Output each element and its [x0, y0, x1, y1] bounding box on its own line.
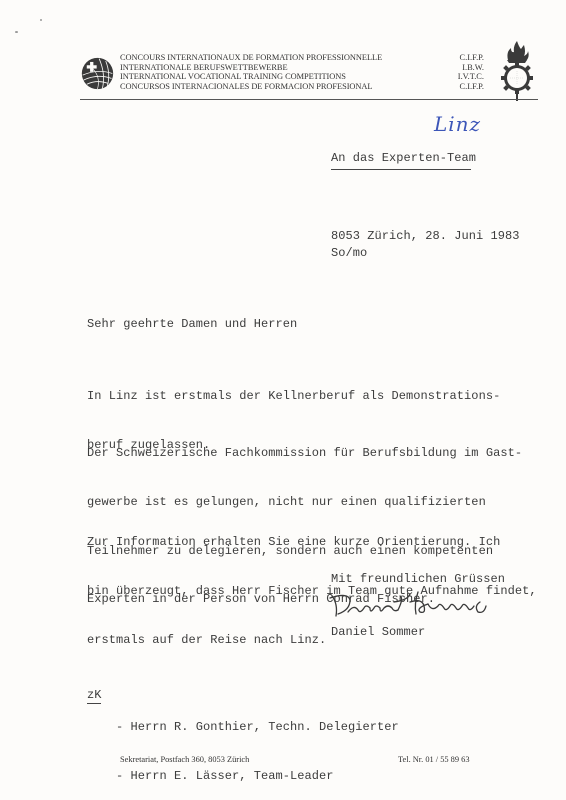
abbr-fr: C.I.F.P. — [418, 53, 484, 63]
flame-gear-emblem-icon — [496, 40, 538, 102]
organization-abbreviations: C.I.F.P. I.B.W. I.V.T.C. C.I.F.P. — [418, 53, 484, 91]
paragraph-line: Zur Information erhalten Sie eine kurze … — [87, 534, 537, 550]
reference-initials: So/mo — [331, 245, 367, 261]
paragraph-line: erstmals auf der Reise nach Linz. — [87, 632, 537, 648]
org-name-de: INTERNATIONALE BERUFSWETTBEWERBE — [120, 63, 420, 73]
org-name-es: CONCURSOS INTERNACIONALES DE FORMACION P… — [120, 82, 420, 92]
abbr-en: I.V.T.C. — [418, 72, 484, 82]
footer-phone: Tel. Nr. 01 / 55 89 63 — [398, 755, 470, 764]
paragraph-line: Der Schweizerische Fachkommission für Be… — [87, 445, 522, 461]
handwritten-note: Linz — [434, 112, 481, 136]
globe-with-swiss-cross-icon — [81, 57, 114, 90]
closing: Mit freundlichen Grüssen — [331, 571, 505, 587]
copies-label-underline — [87, 703, 101, 704]
signer-name: Daniel Sommer — [331, 624, 425, 640]
copies-label: zK — [87, 687, 102, 703]
org-name-en: INTERNATIONAL VOCATIONAL TRAINING COMPET… — [120, 72, 420, 82]
letterhead-divider — [80, 99, 538, 100]
copy-recipient: - Herrn E. Lässer, Team-Leader — [116, 768, 399, 784]
copy-recipient: - Herrn R. Gonthier, Techn. Delegierter — [116, 719, 399, 735]
paper-speck — [40, 19, 42, 21]
salutation: Sehr geehrte Damen und Herren — [87, 316, 297, 332]
abbr-es: C.I.F.P. — [418, 82, 484, 92]
handwritten-signature-icon — [328, 590, 518, 624]
abbr-de: I.B.W. — [418, 63, 484, 73]
organization-names: CONCOURS INTERNATIONAUX DE FORMATION PRO… — [120, 53, 420, 91]
addressee-underline — [331, 169, 471, 170]
place-date: 8053 Zürich, 28. Juni 1983 — [331, 228, 520, 244]
paragraph-line: In Linz ist erstmals der Kellnerberuf al… — [87, 388, 500, 404]
org-name-fr: CONCOURS INTERNATIONAUX DE FORMATION PRO… — [120, 53, 420, 63]
copies-recipients: - Herrn R. Gonthier, Techn. Delegierter … — [116, 687, 399, 800]
paper-speck — [15, 31, 18, 33]
addressee: An das Experten-Team — [331, 150, 476, 166]
footer-address: Sekretariat, Postfach 360, 8053 Zürich — [120, 755, 249, 764]
